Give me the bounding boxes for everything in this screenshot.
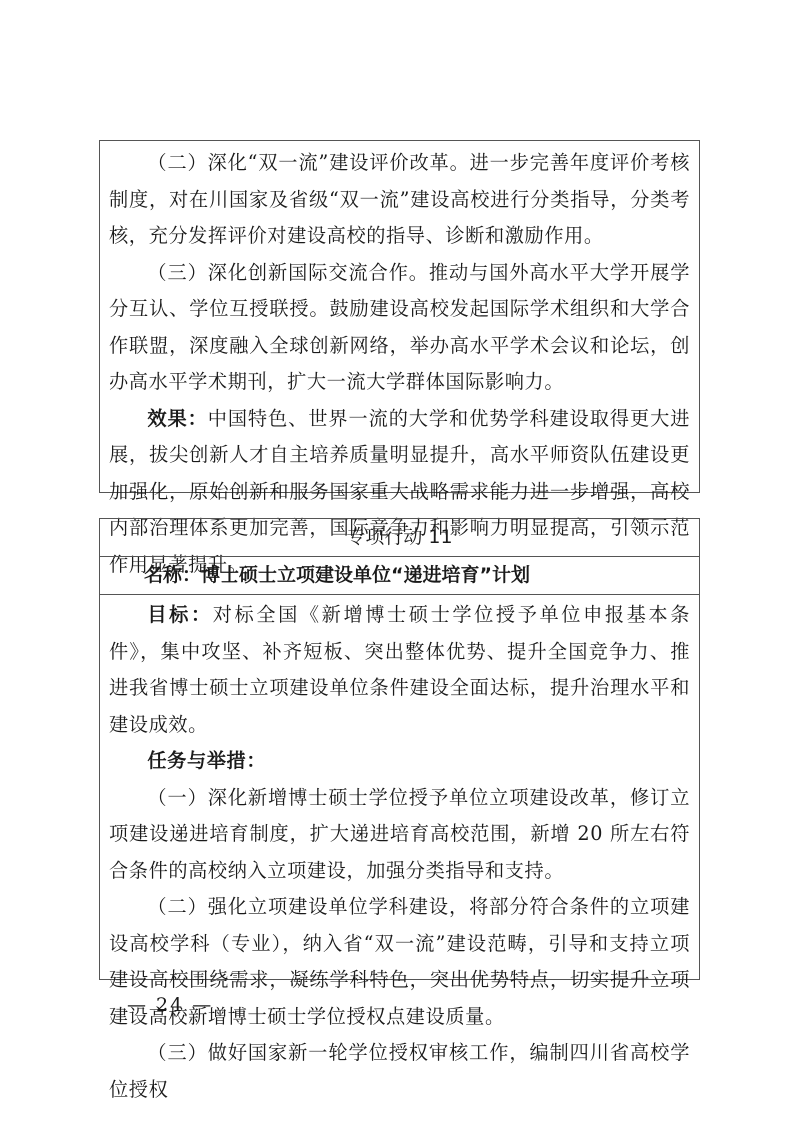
task-3-text: （三）做好国家新一轮学位授权审核工作，编制四川省高校学位授权 xyxy=(109,1041,690,1101)
task-1-text: （一）深化新增博士硕士学位授予单位立项建设改革，修订立项建设递进培育制度，扩大递… xyxy=(109,786,690,882)
measure-3-text: （三）深化创新国际交流合作。推动与国外高水平大学开展学分互认、学位互授联授。鼓励… xyxy=(109,261,690,394)
continued-measures-cell: （二）深化“双一流”建设评价改革。进一步完善年度评价考核制度，对在川国家及省级“… xyxy=(100,141,699,583)
goal-paragraph: 目标：对标全国《新增博士硕士学位授予单位申报基本条件》，集中攻坚、补齐短板、突出… xyxy=(109,597,690,743)
special-action-name: 名称：博士硕士立项建设单位“递进培育”计划 xyxy=(100,557,699,595)
effect-label: 效果： xyxy=(147,407,207,430)
goal-label: 目标： xyxy=(147,603,212,626)
special-action-title: 专项行动 11 xyxy=(100,519,699,557)
task-paragraph-3: （三）做好国家新一轮学位授权审核工作，编制四川省高校学位授权 xyxy=(109,1035,690,1108)
tasks-heading-paragraph: 任务与举措： xyxy=(109,743,690,780)
measure-paragraph-2: （二）深化“双一流”建设评价改革。进一步完善年度评价考核制度，对在川国家及省级“… xyxy=(109,145,690,255)
page-number: — 24 — xyxy=(127,994,213,1016)
task-paragraph-1: （一）深化新增博士硕士学位授予单位立项建设改革，修订立项建设递进培育制度，扩大递… xyxy=(109,780,690,890)
measure-paragraph-3: （三）深化创新国际交流合作。推动与国外高水平大学开展学分互认、学位互授联授。鼓励… xyxy=(109,255,690,401)
special-action-box: 专项行动 11 名称：博士硕士立项建设单位“递进培育”计划 目标：对标全国《新增… xyxy=(99,518,700,980)
measure-2-text: （二）深化“双一流”建设评价改革。进一步完善年度评价考核制度，对在川国家及省级“… xyxy=(109,151,690,247)
tasks-heading: 任务与举措： xyxy=(147,749,266,772)
special-action-body: 目标：对标全国《新增博士硕士学位授予单位申报基本条件》，集中攻坚、补齐短板、突出… xyxy=(100,595,699,1108)
continued-measures-box: （二）深化“双一流”建设评价改革。进一步完善年度评价考核制度，对在川国家及省级“… xyxy=(99,140,700,493)
